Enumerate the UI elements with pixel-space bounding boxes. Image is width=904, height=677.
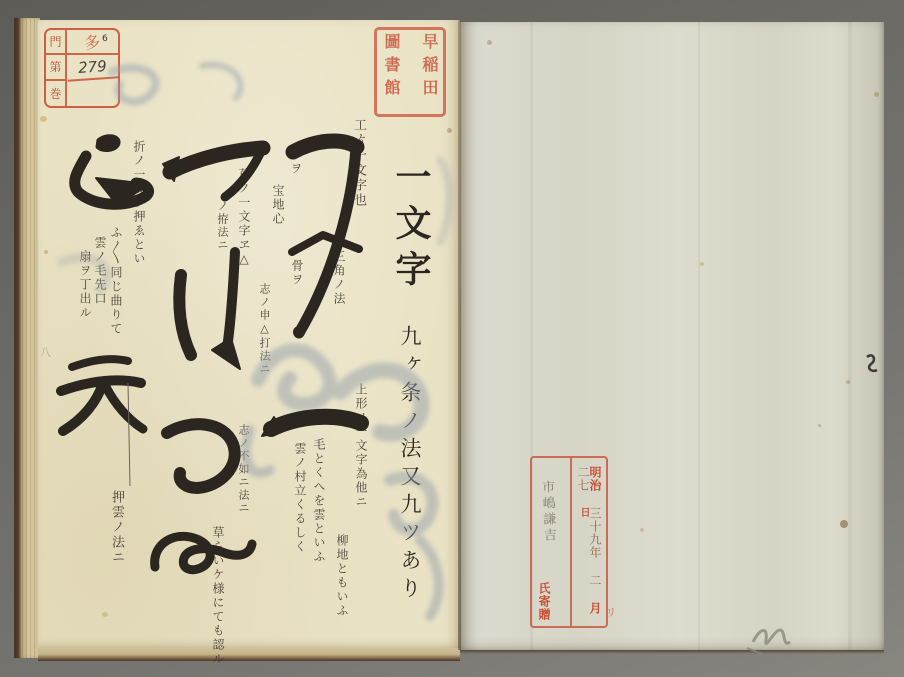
annotation: 骨ヲ bbox=[291, 259, 303, 287]
annotation: ふ〱同じ曲りて bbox=[110, 226, 122, 336]
stamp-label-kan: 巻 bbox=[46, 81, 67, 106]
book-left-page-edges bbox=[14, 18, 40, 658]
seal-right-column: 早稲田 bbox=[421, 33, 437, 102]
annotation: 一ヲ bbox=[290, 148, 302, 176]
book-bottom-page-edges bbox=[38, 646, 460, 661]
stamp-entry-empty bbox=[67, 81, 118, 106]
annotation: 折ノ一曳ヲ押ゑとい bbox=[133, 140, 145, 266]
annotation: 工ゟ一文字也 bbox=[352, 118, 365, 208]
paper-crease bbox=[698, 22, 700, 650]
right-page bbox=[460, 22, 884, 650]
paper-crease bbox=[848, 22, 852, 650]
main-title-column: 一文字 九ヶ条ノ法又九ツあり bbox=[392, 158, 428, 605]
stamp-label-dai: 第 bbox=[46, 55, 67, 80]
library-seal: 早稲田 圖書館 bbox=[374, 27, 446, 117]
handwritten-category: 多 bbox=[83, 29, 103, 54]
stamp-entry-number: 279 bbox=[66, 54, 119, 83]
donor-name-handwritten: 市嶋謙吉 bbox=[537, 480, 558, 545]
pencil-mark: 八 bbox=[40, 344, 51, 360]
annotation: 雲ノ毛先口 bbox=[94, 236, 106, 306]
annotation: 志ノ不如ニ法ニ bbox=[238, 424, 249, 515]
stamp-label-mon: 門 bbox=[46, 30, 67, 55]
stamp-entry-handwritten: 多 6 bbox=[67, 30, 118, 55]
seal-left-column: 圖書館 bbox=[383, 33, 399, 102]
photo-backdrop: 門 多 6 第 279 巻 早稲田 圖書館 一文字 九ヶ条ノ法又九ツあり 工ゟ一… bbox=[0, 0, 904, 677]
donor-suffix: 氏寄贈 bbox=[536, 582, 553, 621]
foxing-spot bbox=[846, 380, 850, 384]
annotation: 草ノ一文字ヱ△ bbox=[238, 168, 250, 268]
title-head: 一文字 bbox=[390, 158, 431, 296]
annotation: 扇ヲ丁出ル bbox=[79, 250, 91, 320]
foxing-spot bbox=[447, 128, 452, 133]
book-gutter bbox=[458, 20, 461, 650]
annotation: 毛とくへを雲といふ bbox=[313, 438, 325, 564]
annotation: 上形ノ一文字為他ニ bbox=[355, 383, 367, 509]
month-value: 二 bbox=[588, 574, 602, 587]
annotation: 三角ノ法 bbox=[333, 250, 345, 306]
right-page-bottom-shadow bbox=[460, 650, 884, 654]
foxing-spot bbox=[840, 520, 848, 528]
handwritten-digit: 6 bbox=[102, 34, 108, 44]
annotation: 押雲ノ法ニ bbox=[110, 490, 123, 565]
annotation: 草らいケ様にても認ル bbox=[212, 526, 224, 666]
accession-date-column: 明治 三十九年 二 月 二七 日 bbox=[570, 458, 606, 626]
era-label: 明治 bbox=[588, 466, 602, 492]
month-label: 月 bbox=[588, 602, 602, 615]
day-value: 二七 bbox=[576, 466, 590, 492]
year-handwritten: 三十九年 bbox=[588, 507, 602, 559]
annotation: 宝地心 bbox=[272, 184, 284, 226]
classification-stamp: 門 多 6 第 279 巻 bbox=[44, 28, 120, 108]
annotation: 雲ノ村立くるしく bbox=[294, 442, 306, 554]
foxing-spot bbox=[874, 92, 879, 97]
foxing-spot bbox=[44, 250, 48, 254]
day-label: 日 bbox=[578, 507, 589, 518]
foxing-spot bbox=[40, 116, 47, 122]
foxing-spot bbox=[640, 528, 644, 532]
stamp-side-mark: リ bbox=[606, 604, 616, 619]
foxing-spot bbox=[700, 262, 704, 266]
title-body: 九ヶ条ノ法又九ツあり bbox=[398, 325, 422, 605]
annotation: 志ノ申△打法ニ bbox=[259, 283, 270, 376]
foxing-spot bbox=[102, 612, 108, 617]
annotation: ノ拵法ニ bbox=[217, 200, 228, 252]
foxing-spot bbox=[818, 424, 821, 427]
annotation: 柳地ともいふ bbox=[336, 534, 348, 618]
accession-stamp: 市嶋謙吉 氏寄贈 明治 三十九年 二 月 二七 日 bbox=[530, 456, 608, 628]
foxing-spot bbox=[487, 40, 492, 45]
